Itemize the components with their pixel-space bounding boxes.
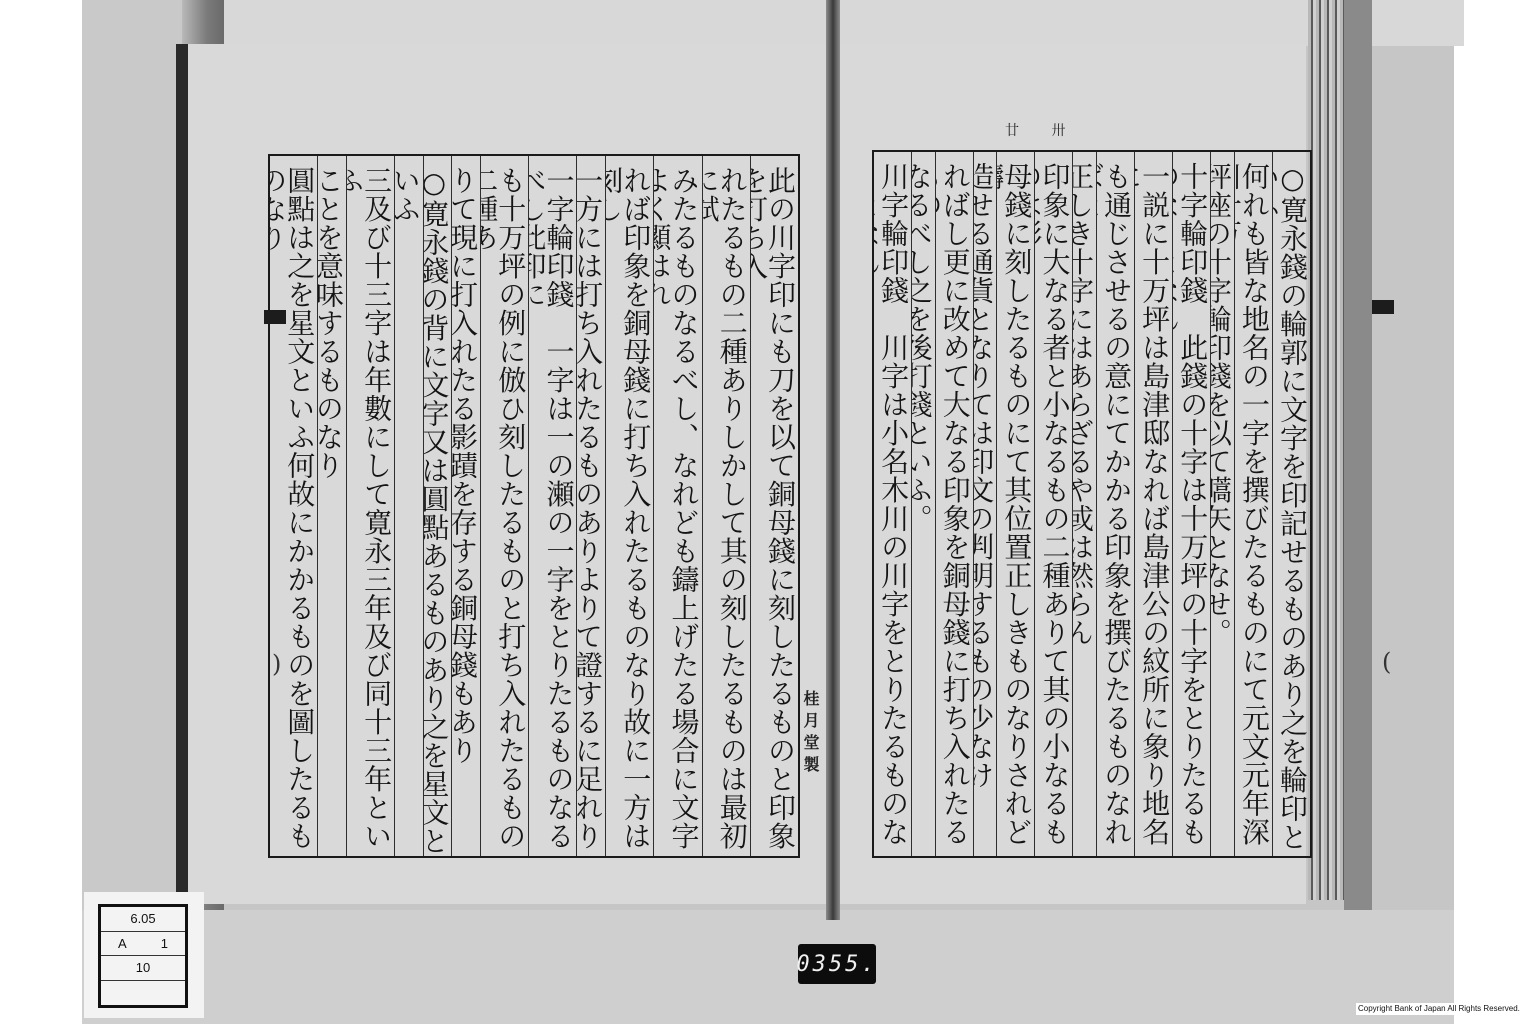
text-column: も通じさせるの意にてかかる印象を撰びたるものなればと [1096,152,1134,856]
text-column: ○寛永錢の背に文字又は圓點あるものあり之を星文と [423,156,452,856]
text-column: いふ [394,156,423,856]
text-column: 正しき十字にはあらざるや或は然らん [1072,152,1096,856]
scan-lower-band [82,910,1454,1024]
catalog-row: 6.05 [101,907,185,932]
frame-counter: 0355. [798,944,876,984]
text-column: 十字輪印錢 此錢の十字は十万坪の十字をとりたるものなりとなん [1172,152,1210,856]
text-column: 川字輪印錢 川字は小名木川の川字をとりたるものなりとなん [874,152,911,856]
text-column: 三及び十三字は年數にして寛永三年及び同十三年といふ [346,156,394,856]
text-column: みたるものなるべし、なれども鑄上げたる場合に文字よく顯はれ [653,156,701,856]
book-gutter [826,0,840,920]
text-column: 造せる通貨となりては印文の判明するもの少なけ [973,152,997,856]
book-top-edge [224,0,1464,46]
text-column: 圓點は之を星文といふ何故にかかるものを圖したるものなり [270,156,317,856]
catalog-series: A [118,936,127,951]
binding-hole-mark: ( [1382,648,1391,676]
text-column: りて現に打入れたる影蹟を存する銅母錢もあり [451,156,480,856]
text-column: なるべし之を後打錢といふ。 [911,152,935,856]
copyright-notice: Copyright Bank of Japan All Rights Reser… [1356,1003,1522,1015]
left-page-text-frame: 此の川字印にも刀を以て銅母錢に刻したるものと印象を打ち入 れたるもの二種ありしか… [268,154,800,858]
right-page-text-frame: ○寛永錢の輪郭に文字を印記せるものあり之を輪印といふ 何れも皆な地名の一字を撰び… [872,150,1312,858]
publisher-imprint: 桂月堂製 [798,690,822,778]
catalog-card: 6.05 A 1 10 [84,892,204,1018]
text-column: 印象に大なる者と小なるもの二種ありて其の小なるものは彫 [1034,152,1072,856]
text-column: 坪座の十字輪印錢を以て嚆矢となせ。 [1210,152,1234,856]
text-column: ことを意味するものなり [317,156,346,856]
text-column: ○寛永錢の輪郭に文字を印記せるものあり之を輪印といふ [1272,152,1310,856]
catalog-row [101,981,185,1006]
text-column: れば印象を銅母錢に打ち入れたるものなり故に一方は刻し [605,156,653,856]
catalog-table: 6.05 A 1 10 [98,904,188,1008]
text-column: 一字輪印錢 一字は一の瀬の一字をとりたるものなるべし此印に [528,156,576,856]
text-column: ればし更に改めて大なる印象を銅母錢に打ち入れたるもの [935,152,973,856]
binding-hole-mark: ) [272,650,281,678]
page-stack-edge [1308,0,1344,900]
text-column: 何れも皆な地名の一字を撰びたるものにて元文元年深川十万 [1234,152,1272,856]
text-column: 一方には打ち入れたるものありよりて證するに足れり [576,156,605,856]
catalog-item: 10 [136,960,150,975]
text-column: 母錢に刻したるものにて其位置正しきものなりされど鑄 [996,152,1034,856]
catalog-volume: 1 [161,936,168,951]
text-column: 此の川字印にも刀を以て銅母錢に刻したるものと印象を打ち入 [750,156,798,856]
page-tab-marker [264,310,286,324]
scan-right-margin [1344,0,1372,1024]
text-column: 一説に十万坪は島津邸なれば島津公の紋所に象り地名に [1134,152,1172,856]
catalog-row: 10 [101,956,185,981]
text-column: れたるもの二種ありしかして其の刻したるものは最初に試 [702,156,750,856]
page-tab-marker [1372,300,1394,314]
catalog-row: A 1 [101,932,185,957]
text-column: も十万坪の例に倣ひ刻したるものと打ち入れたるもの二種あ [480,156,528,856]
catalog-number: 6.05 [130,911,155,926]
page-marker: 廿 卅 [1005,120,1079,140]
